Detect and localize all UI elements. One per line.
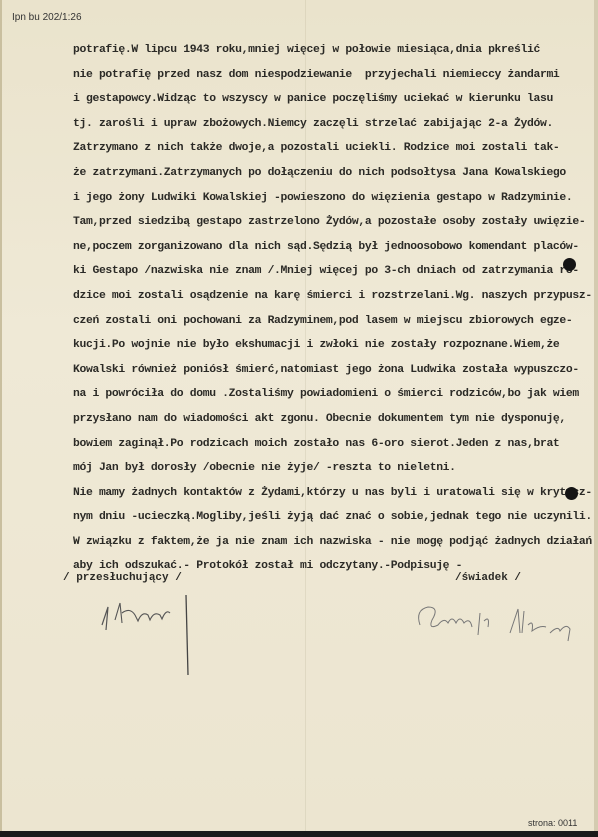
text-line: na i powróciła do domu .Zostaliśmy powia… bbox=[73, 382, 583, 407]
page-edge bbox=[0, 0, 2, 837]
text-line: nym dniu -ucieczką.Mogliby,jeśli żyją da… bbox=[73, 505, 583, 530]
text-line: tj. zarośli i upraw zbożowych.Niemcy zac… bbox=[73, 112, 583, 137]
text-line: ki Gestapo /nazwiska nie znam /.Mniej wi… bbox=[73, 259, 583, 284]
text-line: Nie mamy żadnych kontaktów z Żydami,któr… bbox=[73, 481, 583, 506]
text-line: że zatrzymani.Zatrzymanych po dołączeniu… bbox=[73, 161, 583, 186]
interrogator-signature bbox=[90, 585, 200, 680]
witness-label: /świadek / bbox=[455, 572, 521, 584]
document-page: Ipn bu 202/1:26 potrafię.W lipcu 1943 ro… bbox=[0, 0, 598, 837]
text-line: dzice moi zostali osądzenie na karę śmie… bbox=[73, 284, 583, 309]
page-edge-right bbox=[594, 0, 598, 837]
witness-signature bbox=[400, 595, 580, 655]
ink-blot bbox=[563, 258, 576, 271]
text-line: przysłano nam do wiadomości akt zgonu. O… bbox=[73, 407, 583, 432]
text-line: i gestapowcy.Widząc to wszyscy w panice … bbox=[73, 87, 583, 112]
text-line: mój Jan był dorosły /obecnie nie żyje/ -… bbox=[73, 456, 583, 481]
page-number: strona: 0011 bbox=[528, 818, 577, 828]
typewritten-testimony: potrafię.W lipcu 1943 roku,mniej więcej … bbox=[73, 38, 583, 579]
text-line: W związku z faktem,że ja nie znam ich na… bbox=[73, 530, 583, 555]
text-line: bowiem zaginął.Po rodzicach moich został… bbox=[73, 432, 583, 457]
text-line: kucji.Po wojnie nie było ekshumacji i zw… bbox=[73, 333, 583, 358]
text-line: Zatrzymano z nich także dwoje,a pozostal… bbox=[73, 136, 583, 161]
scan-border bbox=[0, 831, 598, 837]
interrogator-label: / przesłuchujący / bbox=[63, 572, 182, 584]
text-line: potrafię.W lipcu 1943 roku,mniej więcej … bbox=[73, 38, 583, 63]
text-line: ne,poczem zorganizowano dla nich sąd.Sęd… bbox=[73, 235, 583, 260]
text-line: Kowalski również poniósł śmierć,natomias… bbox=[73, 358, 583, 383]
archive-reference: Ipn bu 202/1:26 bbox=[12, 12, 82, 23]
text-line: Tam,przed siedzibą gestapo zastrzelono Ż… bbox=[73, 210, 583, 235]
text-line: i jego żony Ludwiki Kowalskiej -powieszo… bbox=[73, 186, 583, 211]
text-line: nie potrafię przed nasz dom niespodziewa… bbox=[73, 63, 583, 88]
text-line: czeń zostali oni pochowani za Radzyminem… bbox=[73, 309, 583, 334]
ink-blot bbox=[565, 487, 578, 500]
